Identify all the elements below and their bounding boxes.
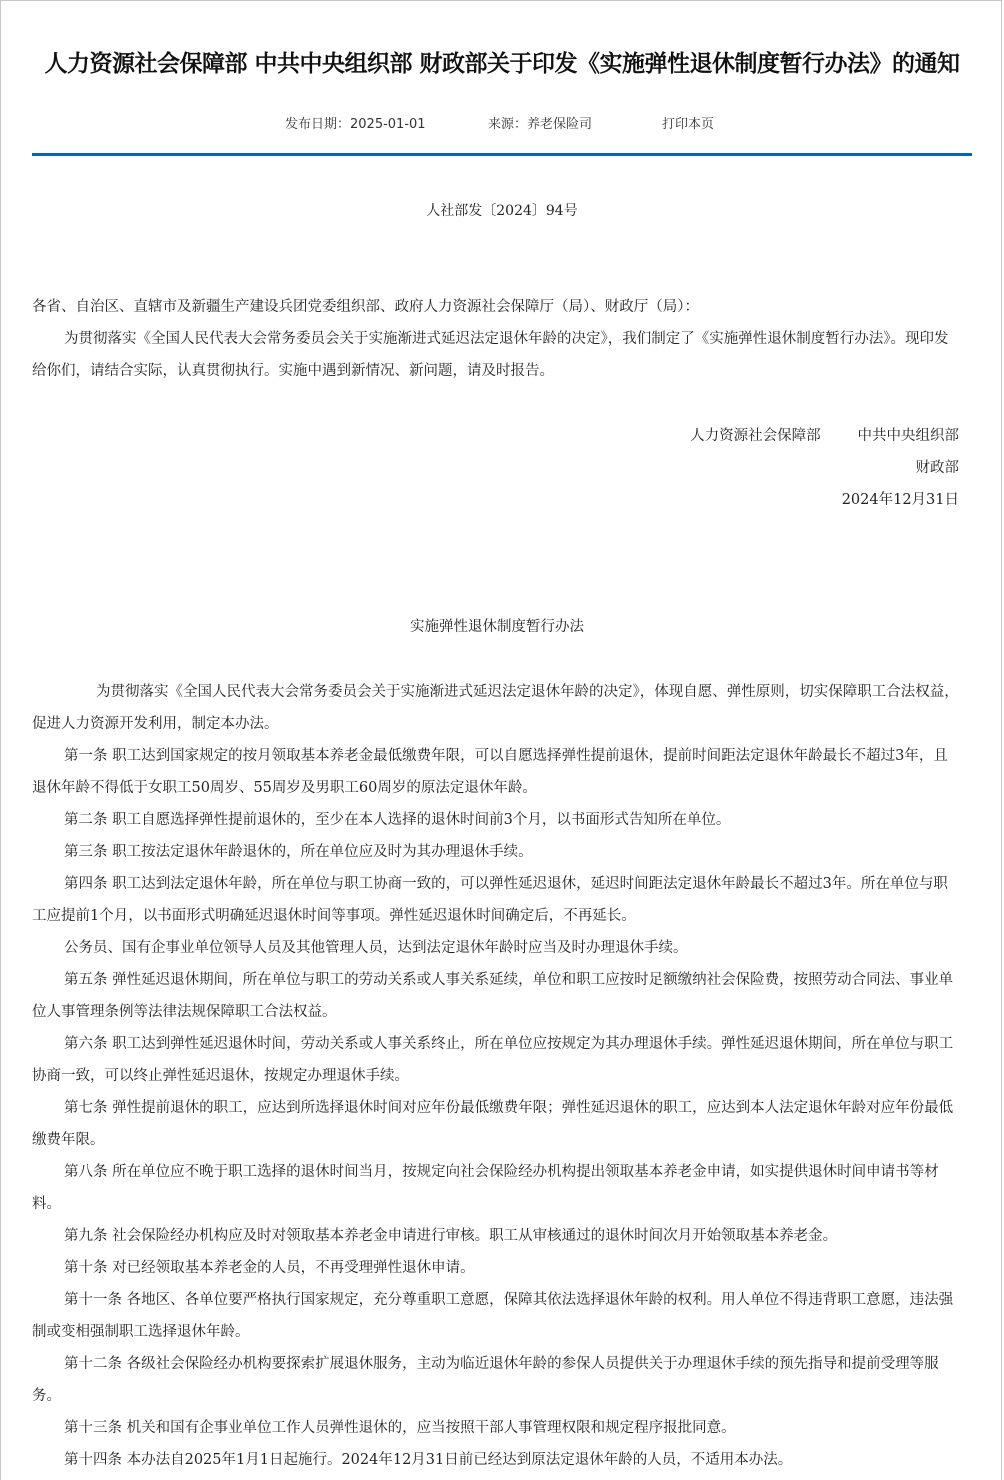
notice-intro: 为贯彻落实《全国人民代表大会常务委员会关于实施渐进式延迟法定退休年龄的决定》，我… [32, 323, 962, 387]
article-3: 第三条 职工按法定退休年龄退休的，所在单位应及时为其办理退休手续。 [32, 836, 962, 868]
signatory-line-2: 财政部 [916, 452, 960, 484]
source-value: 养老保险司 [527, 117, 592, 132]
measures-body: 为贯彻落实《全国人民代表大会常务委员会关于实施渐进式延迟法定退休年龄的决定》，体… [32, 676, 962, 1476]
publish-date: 发布日期：2025-01-01 [285, 116, 426, 134]
article-8: 第八条 所在单位应不晚于职工选择的退休时间当月，按规定向社会保险经办机构提出领取… [32, 1156, 962, 1220]
article-4: 第四条 职工达到法定退休年龄，所在单位与职工协商一致的，可以弹性延迟退休，延迟时… [32, 868, 962, 932]
article-12: 第十二条 各级社会保险经办机构要探索扩展退休服务，主动为临近退休年龄的参保人员提… [32, 1348, 962, 1412]
notice-body: 各省、自治区、直辖市及新疆生产建设兵团党委组织部、政府人力资源社会保障厅（局）、… [32, 291, 962, 387]
article-14: 第十四条 本办法自2025年1月1日起施行。2024年12月31日前已经达到原法… [32, 1444, 962, 1476]
publish-date-label: 发布日期： [285, 117, 350, 132]
source: 来源：养老保险司 [488, 116, 592, 134]
measures-title: 实施弹性退休制度暂行办法 [0, 617, 994, 637]
article-4-supplement: 公务员、国有企事业单位领导人员及其他管理人员，达到法定退休年龄时应当及时办理退休… [32, 932, 962, 964]
signatory-line-1: 人力资源社会保障部 中共中央组织部 [690, 420, 959, 452]
article-1: 第一条 职工达到国家规定的按月领取基本养老金最低缴费年限，可以自愿选择弹性提前退… [32, 740, 962, 804]
page-title: 人力资源社会保障部 中共中央组织部 财政部关于印发《实施弹性退休制度暂行办法》的… [30, 48, 974, 80]
article-5: 第五条 弹性延迟退休期间，所在单位与职工的劳动关系或人事关系延续，单位和职工应按… [32, 964, 962, 1028]
article-13: 第十三条 机关和国有企事业单位工作人员弹性退休的，应当按照干部人事管理权限和规定… [32, 1412, 962, 1444]
article-10: 第十条 对已经领取基本养老金的人员，不再受理弹性退休申请。 [32, 1252, 962, 1284]
document-number: 人社部发〔2024〕94号 [0, 201, 1004, 221]
source-label: 来源： [488, 117, 527, 132]
publish-date-value: 2025-01-01 [350, 117, 426, 132]
article-11: 第十一条 各地区、各单位要严格执行国家规定，充分尊重职工意愿，保障其依法选择退休… [32, 1284, 962, 1348]
addressee: 各省、自治区、直辖市及新疆生产建设兵团党委组织部、政府人力资源社会保障厅（局）、… [32, 291, 962, 323]
article-9: 第九条 社会保险经办机构应及时对领取基本养老金申请进行审核。职工从审核通过的退休… [32, 1220, 962, 1252]
article-7: 第七条 弹性提前退休的职工，应达到所选择退休时间对应年份最低缴费年限；弹性延迟退… [32, 1092, 962, 1156]
signature-date: 2024年12月31日 [842, 484, 959, 516]
article-6: 第六条 职工达到弹性延迟退休时间，劳动关系或人事关系终止，所在单位应按规定为其办… [32, 1028, 962, 1092]
article-2: 第二条 职工自愿选择弹性提前退休的，至少在本人选择的退休时间前3个月，以书面形式… [32, 804, 962, 836]
print-page-link[interactable]: 打印本页 [662, 116, 714, 134]
measures-preamble: 为贯彻落实《全国人民代表大会常务委员会关于实施渐进式延迟法定退休年龄的决定》，体… [32, 676, 962, 740]
header-divider [32, 153, 972, 156]
